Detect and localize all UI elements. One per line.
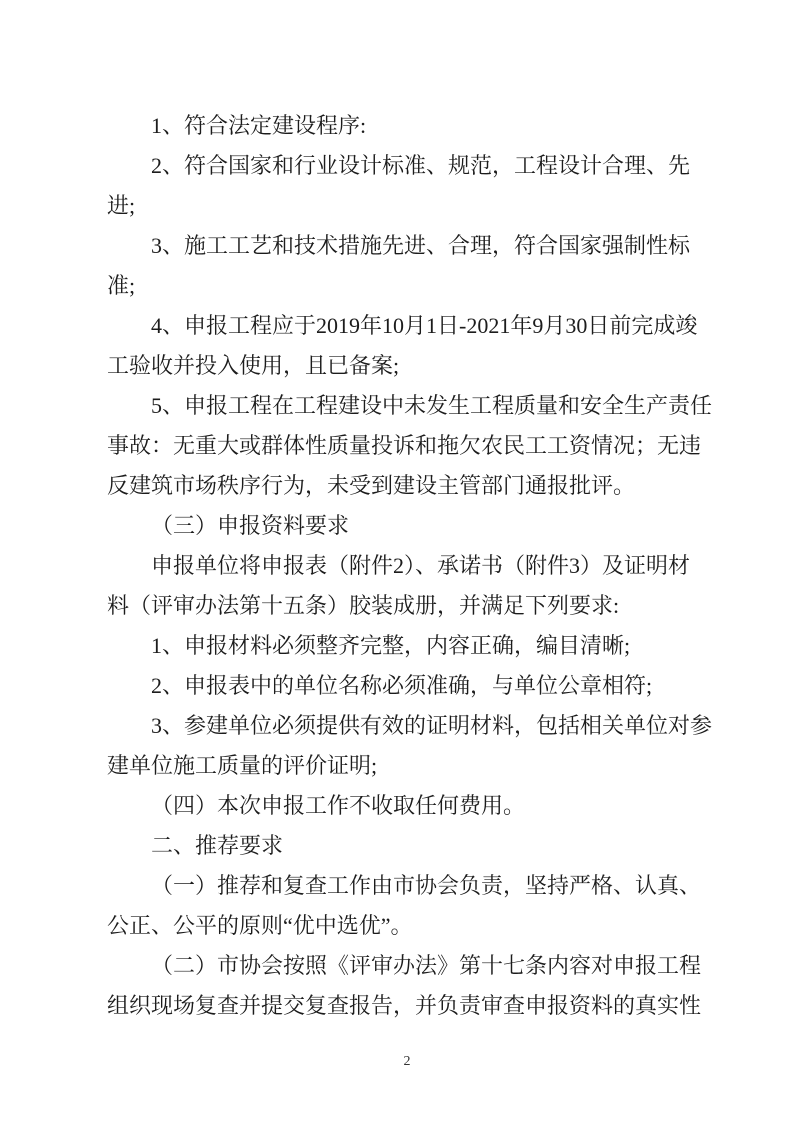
document-body: 1、符合法定建设程序:2、符合国家和行业设计标准、规范，工程设计合理、先进;3、… — [107, 106, 723, 1026]
text-line: 建单位施工质量的评价证明; — [107, 746, 723, 786]
text-line: 4、申报工程应于2019年10月1日-2021年9月30日前完成竣 — [107, 306, 723, 346]
text-line: 准; — [107, 266, 723, 306]
text-line: （一）推荐和复查工作由市协会负责，坚持严格、认真、 — [107, 866, 723, 906]
text-line: 事故：无重大或群体性质量投诉和拖欠农民工工资情况；无违 — [107, 426, 723, 466]
text-line: 1、符合法定建设程序: — [107, 106, 723, 146]
text-line: 二、推荐要求 — [107, 826, 723, 866]
text-line: 工验收并投入使用，且已备案; — [107, 346, 723, 386]
text-line: 申报单位将申报表（附件2）、承诺书（附件3）及证明材 — [107, 546, 723, 586]
text-line: 反建筑市场秩序行为，未受到建设主管部门通报批评。 — [107, 466, 723, 506]
text-line: （二）市协会按照《评审办法》第十七条内容对申报工程 — [107, 946, 723, 986]
text-line: （四）本次申报工作不收取任何费用。 — [107, 786, 723, 826]
text-line: 组织现场复查并提交复查报告，并负责审查申报资料的真实性 — [107, 986, 723, 1026]
text-line: （三）申报资料要求 — [107, 506, 723, 546]
text-line: 2、申报表中的单位名称必须准确，与单位公章相符; — [107, 666, 723, 706]
text-line: 公正、公平的原则“优中选优”。 — [107, 906, 723, 946]
text-line: 料（评审办法第十五条）胶装成册，并满足下列要求: — [107, 586, 723, 626]
text-line: 2、符合国家和行业设计标准、规范，工程设计合理、先 — [107, 146, 723, 186]
text-line: 1、申报材料必须整齐完整，内容正确，编目清晰; — [107, 626, 723, 666]
text-line: 5、申报工程在工程建设中未发生工程质量和安全生产责任 — [107, 386, 723, 426]
text-line: 3、参建单位必须提供有效的证明材料，包括相关单位对参 — [107, 706, 723, 746]
page-number: 2 — [107, 1052, 707, 1072]
text-line: 3、施工工艺和技术措施先进、合理，符合国家强制性标 — [107, 226, 723, 266]
text-line: 进; — [107, 186, 723, 226]
document-page: 1、符合法定建设程序:2、符合国家和行业设计标准、规范，工程设计合理、先进;3、… — [0, 0, 795, 1123]
